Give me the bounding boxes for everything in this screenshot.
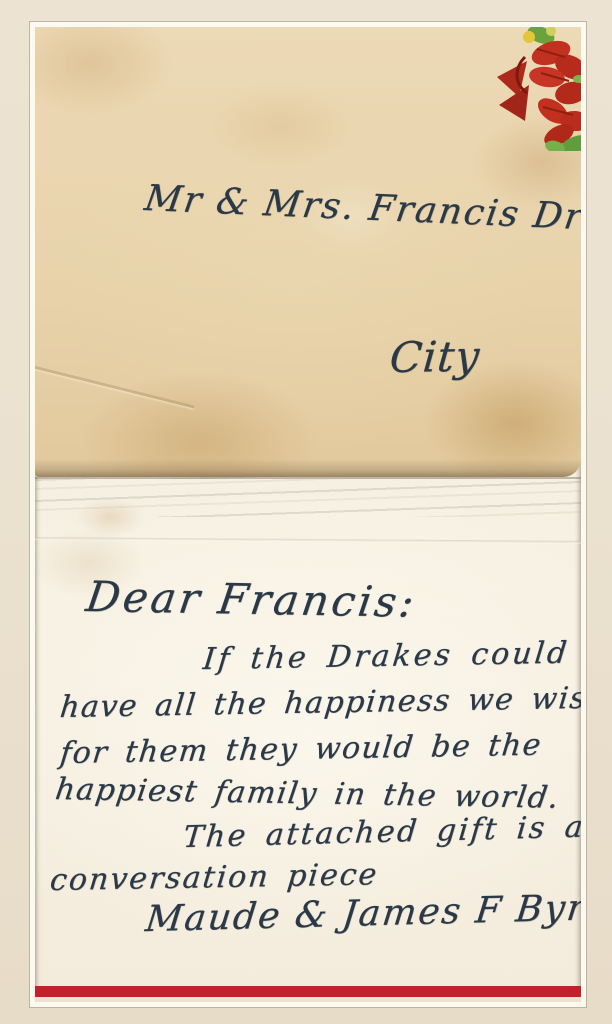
envelope-city: City [388, 331, 482, 382]
card-bottom-edge [35, 997, 581, 1002]
envelope: Mr & Mrs. Francis Drake City [35, 27, 581, 477]
letter-fold-crease [35, 537, 581, 544]
letter-line: The attached gift is a [182, 809, 586, 855]
mat-window: Mr & Mrs. Francis Drake City Dear Franci… [30, 22, 586, 1007]
letter-line: If the Drakes could [201, 636, 571, 677]
letter-line: happiest family in the world. [53, 772, 562, 816]
letter-stain [75, 497, 145, 537]
envelope-bottom-shadow [35, 459, 581, 477]
framed-letter-photo: Mr & Mrs. Francis Drake City Dear Franci… [0, 0, 612, 1024]
envelope-crease [35, 364, 195, 408]
letter-line: conversation piece [48, 857, 380, 898]
letter-salutation: Dear Francis: [83, 572, 420, 627]
red-border-stripe [35, 986, 581, 997]
letter-line: have all the happiness we wish [58, 680, 586, 725]
letter-line: for them they would be the [58, 728, 543, 771]
envelope-address: Mr & Mrs. Francis Drake [142, 178, 581, 241]
poinsettia-icon [485, 27, 581, 151]
